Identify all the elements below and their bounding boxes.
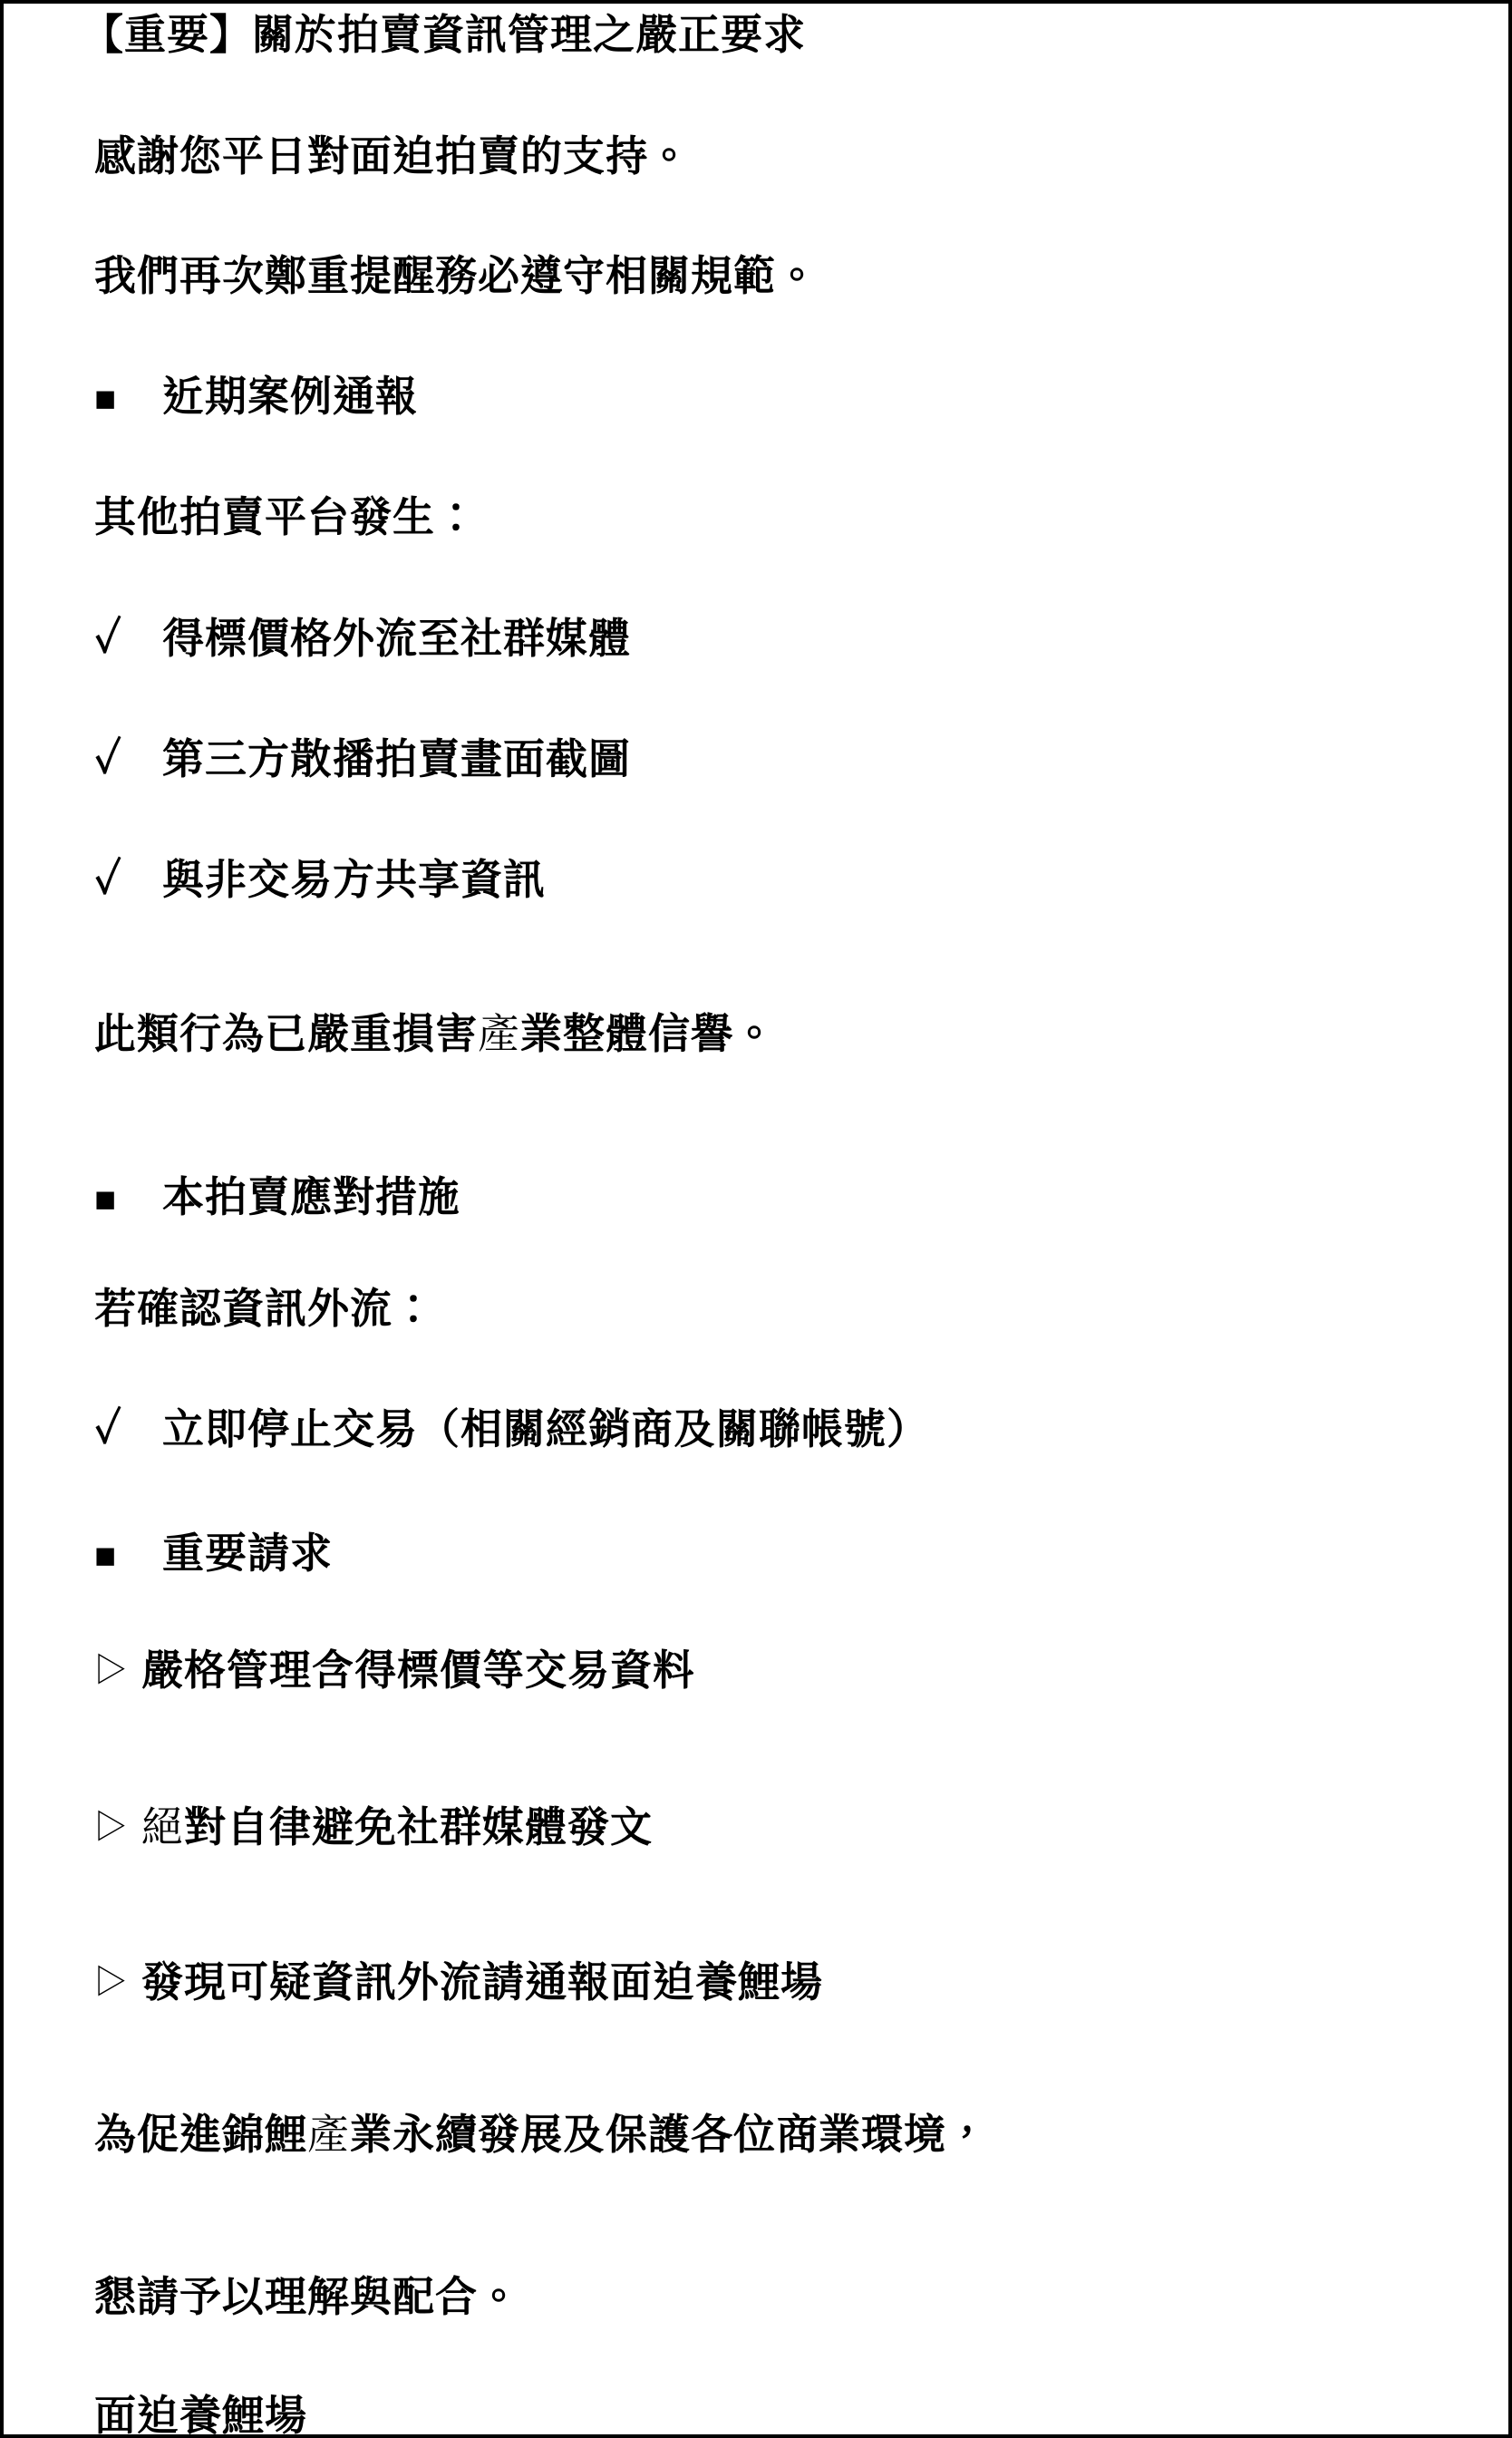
check-icon: ✓: [94, 735, 162, 782]
square-bullet-icon: ■: [94, 1532, 162, 1579]
triangle-bullet-icon: ▷: [94, 1958, 141, 2006]
bullet-triangle-item: ▷絕對自律避免社群媒體發文: [94, 1803, 653, 1850]
notice-title: 【重要】關於拍賣資訊管理之嚴正要求: [82, 11, 806, 58]
bullet-check-item: ✓立即停止交易（相關經銷商及關聯帳號）: [94, 1405, 929, 1452]
paragraph-damage-statement: 此類行為已嚴重損害產業整體信譽。: [94, 1010, 776, 1057]
paragraph-other-platforms: 其他拍賣平台發生：: [94, 493, 478, 540]
check-icon: ✓: [94, 615, 162, 662]
signature-farm-name: 面迫養鯉場: [94, 2392, 307, 2438]
bullet-check-item: ✓第三方散播拍賣畫面截圖: [94, 735, 631, 782]
paragraph-thanks: 感謝您平日對面迫拍賣的支持。: [94, 132, 691, 180]
bullet-check-item: ✓與非交易方共享資訊: [94, 856, 546, 903]
bullet-check-item: ✓得標價格外流至社群媒體: [94, 615, 631, 662]
triangle-bullet-icon: ▷: [94, 1646, 141, 1694]
section-heading-countermeasures: ■本拍賣應對措施: [94, 1173, 460, 1223]
triangle-bullet-icon: ▷: [94, 1803, 141, 1850]
paragraph-if-leak-confirmed: 若確認資訊外流：: [94, 1285, 435, 1332]
bullet-triangle-item: ▷嚴格管理含得標價等交易資料: [94, 1646, 695, 1694]
paragraph-reminder: 我們再次鄭重提醒務必遵守相關規範。: [94, 252, 819, 299]
bullet-triangle-item: ▷發現可疑資訊外流請通報面迫養鯉場: [94, 1958, 823, 2006]
paragraph-purpose: 為促進錦鯉產業永續發展及保護各位商業環境，: [94, 2111, 989, 2158]
square-bullet-icon: ■: [94, 1176, 162, 1223]
check-icon: ✓: [94, 1405, 162, 1452]
check-icon: ✓: [94, 856, 162, 903]
square-bullet-icon: ■: [94, 375, 162, 423]
section-heading-important-requests: ■重要請求: [94, 1530, 333, 1579]
section-heading-recent-cases: ■近期案例通報: [94, 373, 418, 423]
paragraph-request-understanding: 懇請予以理解與配合。: [94, 2273, 520, 2320]
title-text: 【重要】關於拍賣資訊管理之嚴正要求: [82, 11, 806, 58]
notice-document: 【重要】關於拍賣資訊管理之嚴正要求 感謝您平日對面迫拍賣的支持。 我們再次鄭重提…: [0, 0, 1512, 2438]
